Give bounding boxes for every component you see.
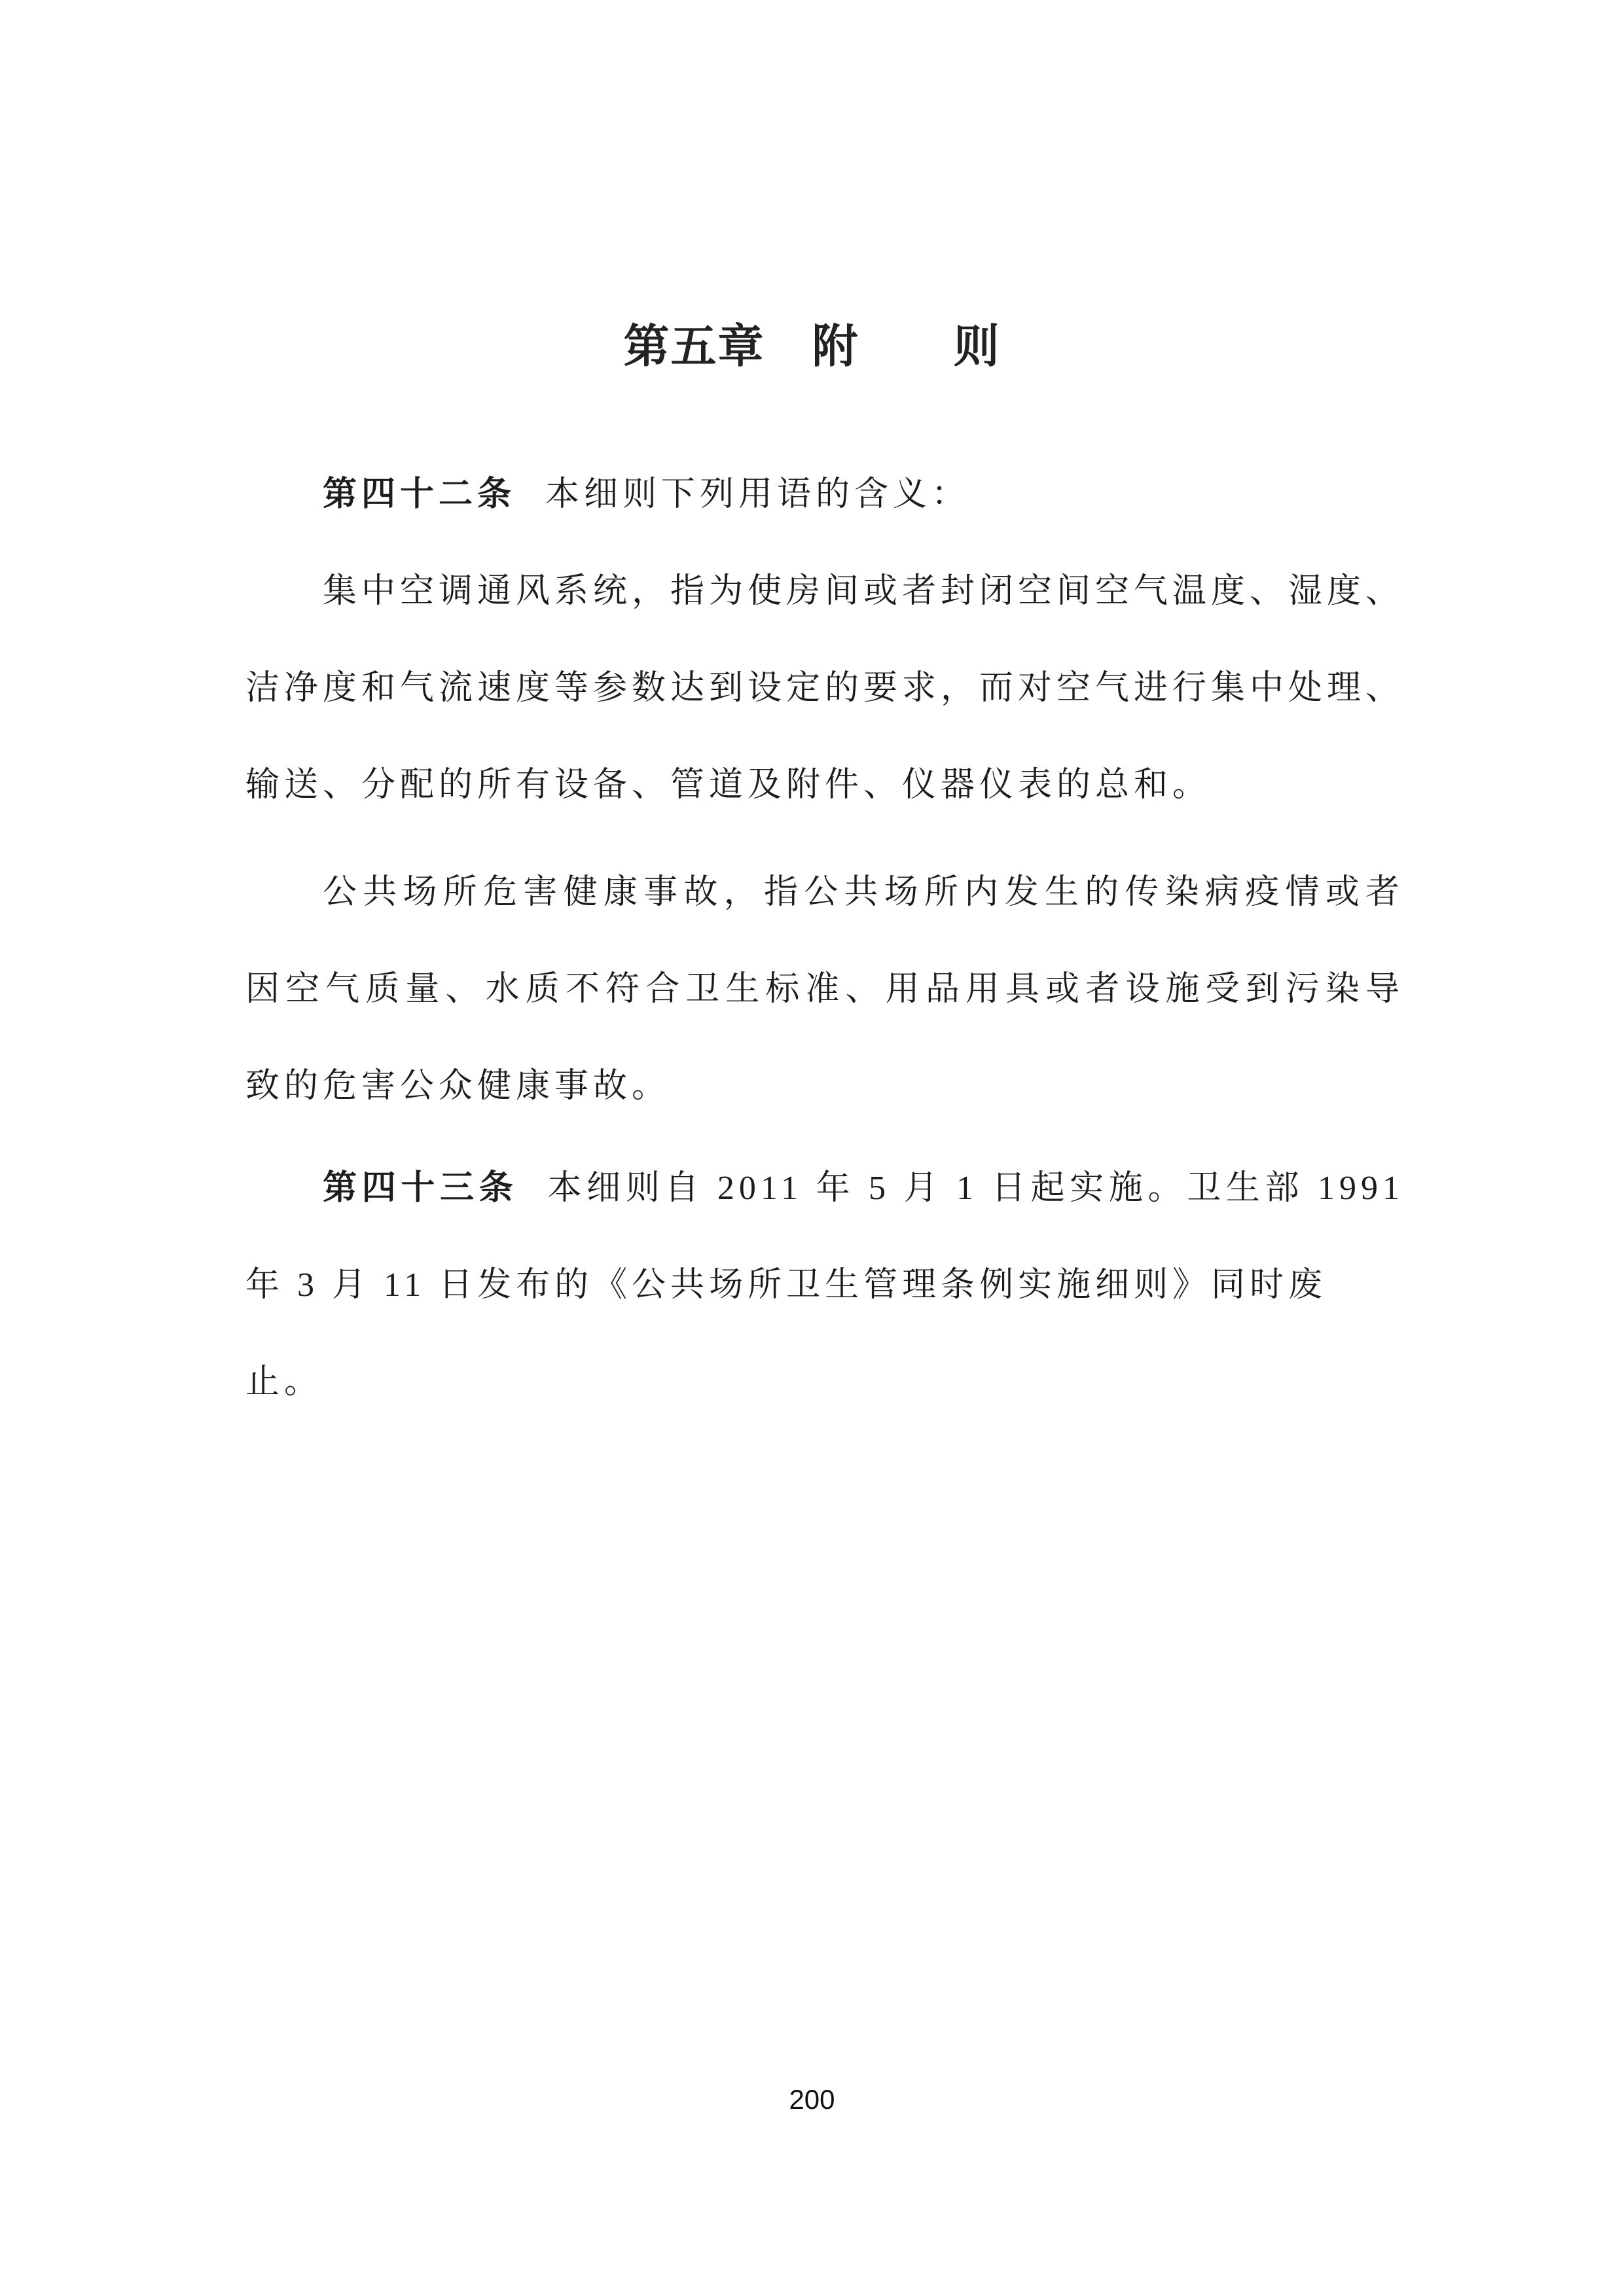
document-page: 第五章 附 则 第四十二条本细则下列用语的含义： 集中空调通风系统，指为使房间或… xyxy=(0,0,1624,2296)
text-line: 年 3 月 11 日发布的《公共场所卫生管理条例实施细则》同时废止。 xyxy=(245,1237,1404,1431)
document-body: 第四十二条本细则下列用语的含义： 集中空调通风系统，指为使房间或者封闭空间空气温… xyxy=(245,446,1404,1431)
definition-paragraph-hvac: 集中空调通风系统，指为使房间或者封闭空间空气温度、湿度、 洁净度和气流速度等参数… xyxy=(245,543,1404,834)
line-text: 本细则下列用语的含义： xyxy=(545,476,970,513)
article-42-paragraph: 第四十二条本细则下列用语的含义： xyxy=(245,446,1404,543)
article-42-number-label: 第四十二条 xyxy=(323,476,516,513)
line-text: 年 3 月 11 日发布的《公共场所卫生管理条例实施细则》同时废止。 xyxy=(245,1266,1327,1401)
text-line: 致的危害公众健康事故。 xyxy=(245,1038,1404,1135)
text-line: 第四十三条本细则自 2011 年 5 月 1 日起实施。卫生部 1991 xyxy=(245,1140,1404,1237)
line-text: 集中空调通风系统，指为使房间或者封闭空间空气温度、湿度、 xyxy=(323,573,1404,610)
text-line: 洁净度和气流速度等参数达到设定的要求，而对空气进行集中处理、 xyxy=(245,640,1404,737)
line-text: 致的危害公众健康事故。 xyxy=(245,1067,670,1105)
line-text: 因空气质量、水质不符合卫生标准、用品用具或者设施受到污染导 xyxy=(245,971,1404,1008)
definition-paragraph-health-incident: 公共场所危害健康事故，指公共场所内发生的传染病疫情或者 因空气质量、水质不符合卫… xyxy=(245,844,1404,1135)
line-text: 洁净度和气流速度等参数达到设定的要求，而对空气进行集中处理、 xyxy=(245,670,1404,707)
article-43-number-label: 第四十三条 xyxy=(323,1170,518,1207)
text-line: 集中空调通风系统，指为使房间或者封闭空间空气温度、湿度、 xyxy=(245,543,1404,640)
text-line: 输送、分配的所有设备、管道及附件、仪器仪表的总和。 xyxy=(245,737,1404,834)
line-text: 输送、分配的所有设备、管道及附件、仪器仪表的总和。 xyxy=(245,766,1211,804)
line-text: 公共场所危害健康事故，指公共场所内发生的传染病疫情或者 xyxy=(323,874,1404,911)
text-line: 公共场所危害健康事故，指公共场所内发生的传染病疫情或者 xyxy=(245,844,1404,941)
page-number: 200 xyxy=(0,2083,1624,2116)
chapter-title: 第五章 附 则 xyxy=(0,318,1624,377)
article-43-paragraph: 第四十三条本细则自 2011 年 5 月 1 日起实施。卫生部 1991 年 3… xyxy=(245,1140,1404,1431)
text-line: 第四十二条本细则下列用语的含义： xyxy=(245,446,1404,543)
line-text: 本细则自 2011 年 5 月 1 日起实施。卫生部 1991 xyxy=(547,1170,1404,1207)
text-line: 因空气质量、水质不符合卫生标准、用品用具或者设施受到污染导 xyxy=(245,941,1404,1038)
